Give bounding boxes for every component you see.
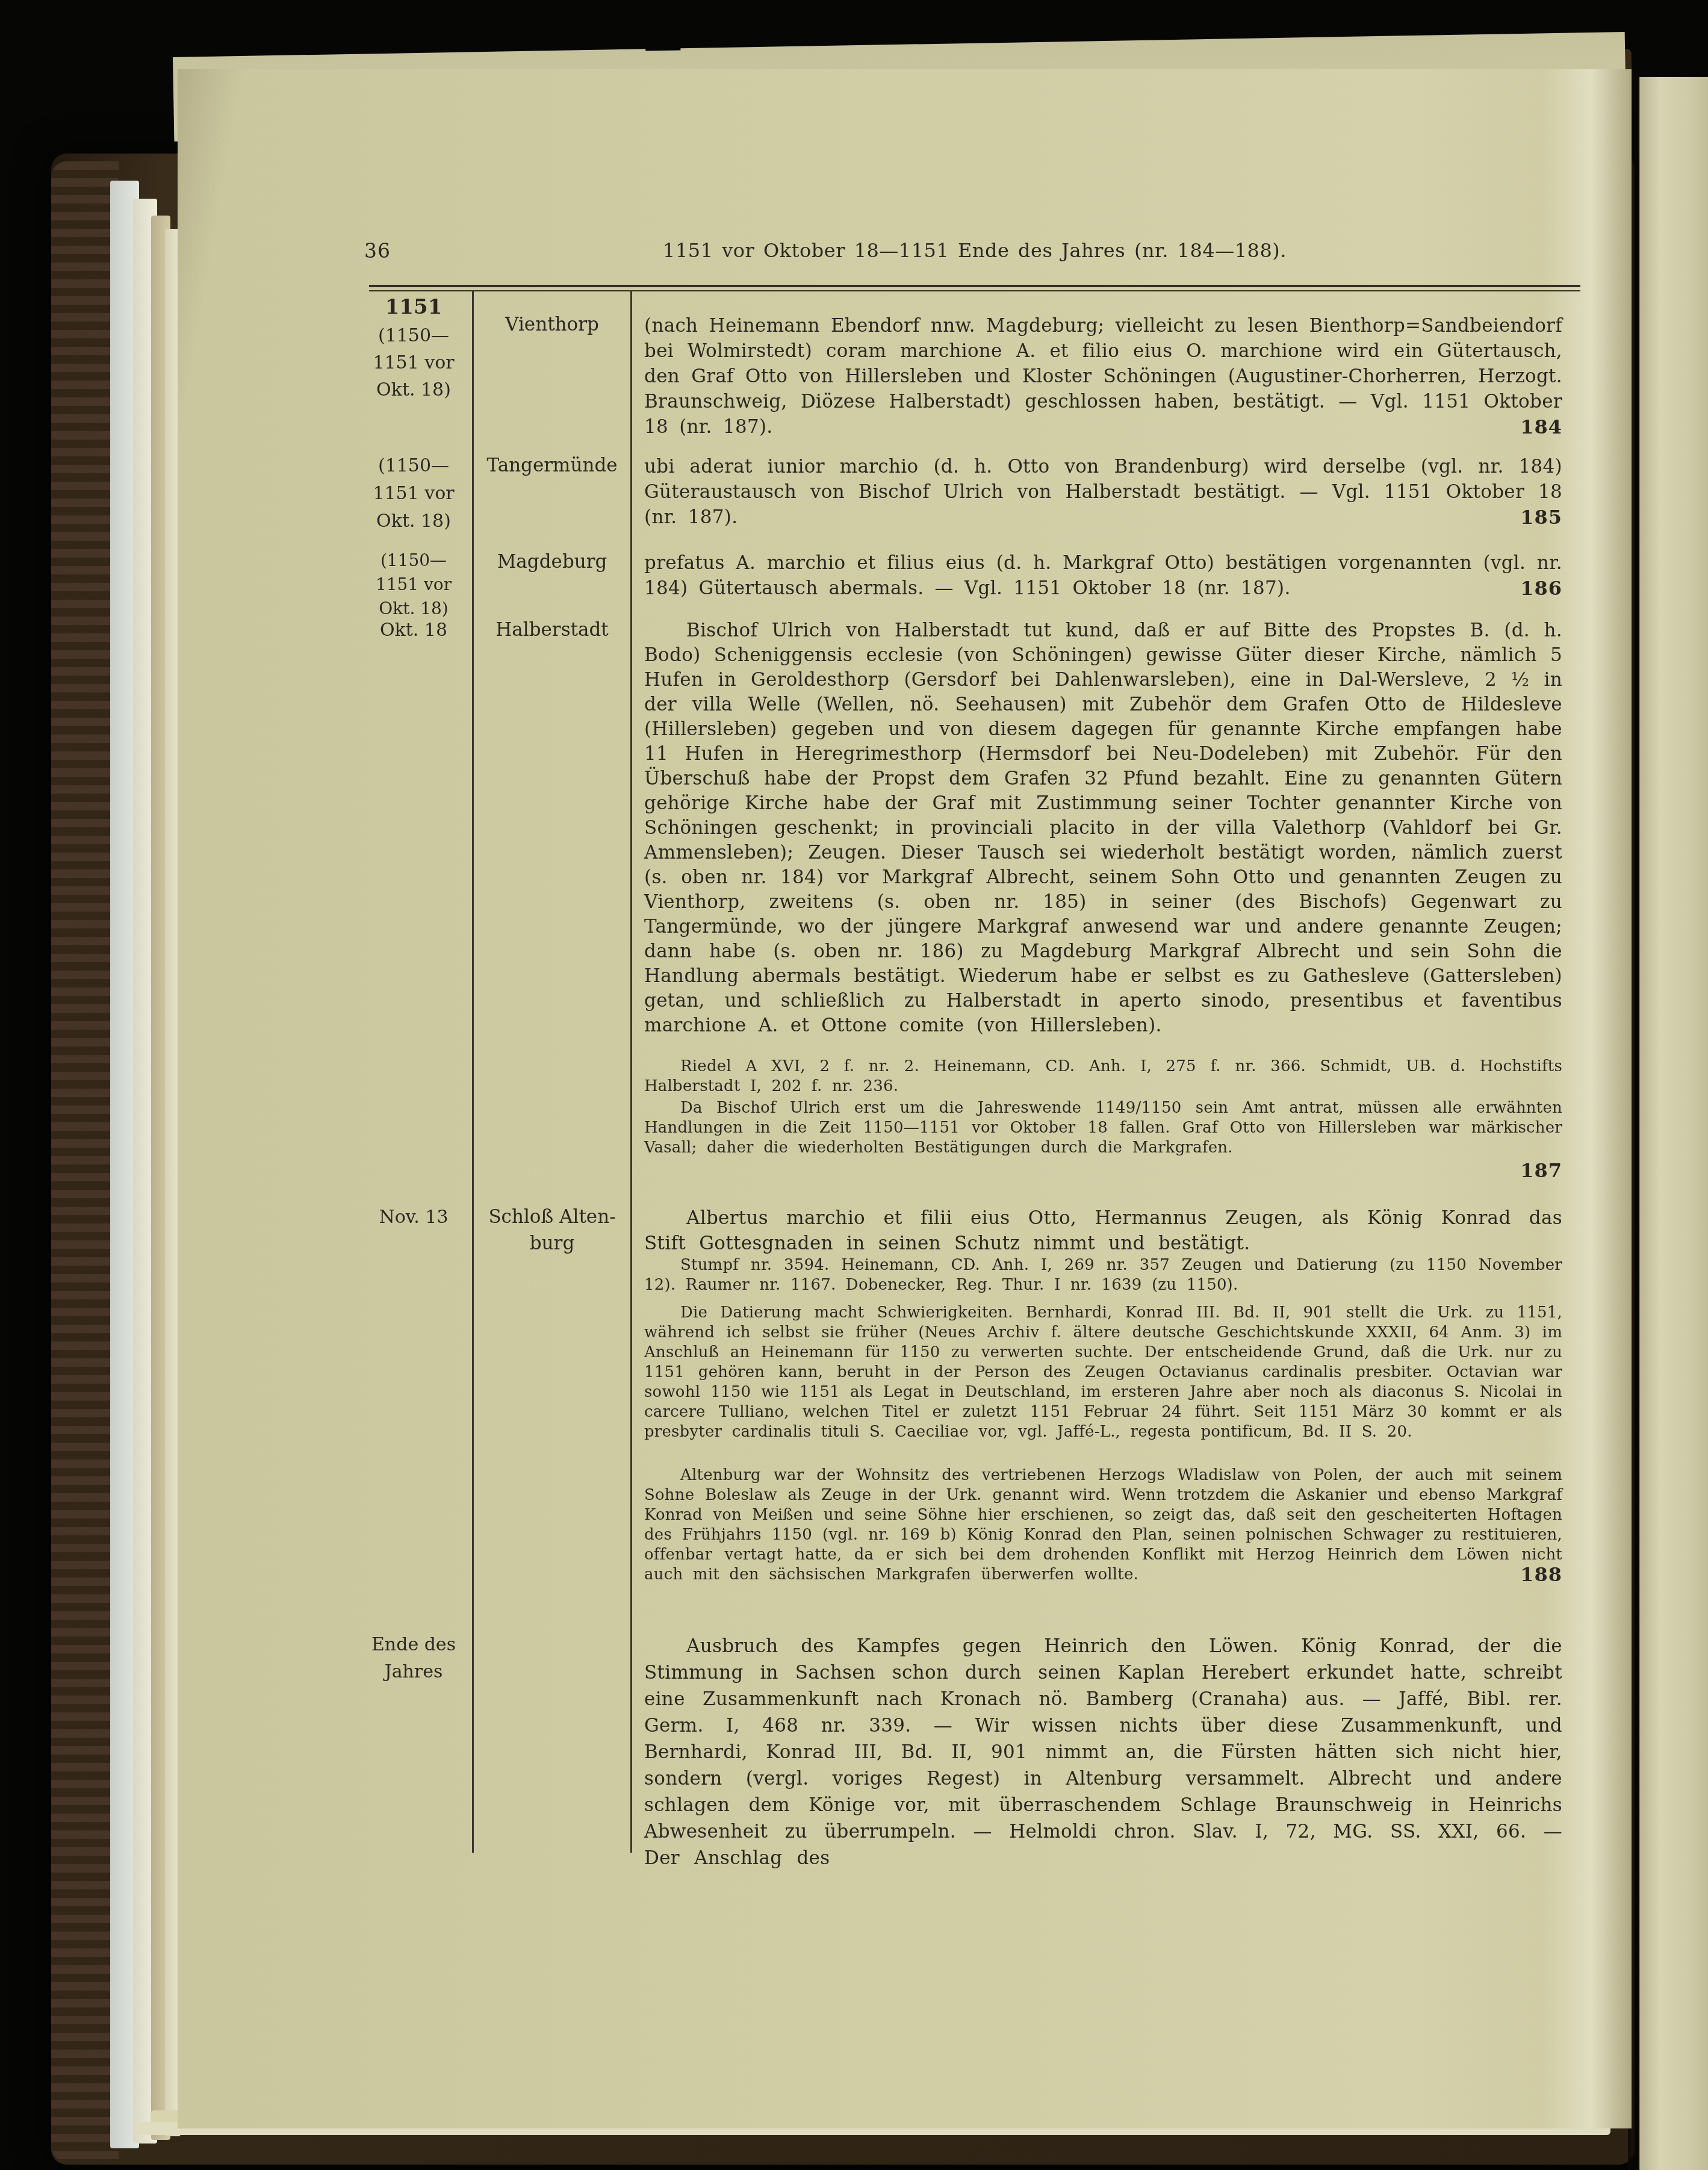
entry-188-text: Albertus marchio et filii eius Otto, Her… — [644, 1205, 1562, 1256]
date-line: (1150— — [361, 322, 467, 349]
place-name: Schloß Alten- — [477, 1204, 627, 1230]
place-name: Tangermünde — [477, 452, 627, 479]
entry-186-place: Magdeburg — [477, 549, 627, 575]
regest-text: Bischof Ulrich von Halberstadt tut kund,… — [644, 620, 1562, 1036]
entry-184-year: 1151 — [361, 292, 467, 322]
date-line: 1151 vor — [361, 480, 467, 508]
table-rule-top-b — [369, 290, 1580, 291]
editorial-note: Da Bischof Ulrich erst um die Jahreswend… — [644, 1099, 1562, 1157]
entry-ende-date: Ende des Jahres — [361, 1631, 467, 1685]
date-line: Nov. 13 — [361, 1204, 467, 1231]
book-scan: 36 1151 vor Oktober 18—1151 Ende des Jah… — [0, 0, 1708, 2170]
date-line: (1150— — [361, 452, 467, 480]
entry-184-text: (nach Heinemann Ebendorf nnw. Magdeburg;… — [644, 313, 1562, 440]
table-rule-top-a — [369, 285, 1580, 287]
source-citation: Stumpf nr. 3594. Heinemann, CD. Anh. I, … — [644, 1256, 1562, 1294]
place-name: burg — [477, 1230, 627, 1257]
entry-188-sources: Stumpf nr. 3594. Heinemann, CD. Anh. I, … — [644, 1255, 1562, 1295]
entry-187-sources: Riedel A XVI, 2 f. nr. 2. Heinemann, CD.… — [644, 1057, 1562, 1096]
entry-186-date: (1150— 1151 vor Okt. 18) — [361, 549, 467, 621]
entry-184-place: Vienthorp — [477, 311, 627, 338]
entry-187-number: 187 — [644, 1158, 1562, 1183]
entry-186-text: prefatus A. marchio et filius eius (d. h… — [644, 550, 1562, 601]
running-header: 1151 vor Oktober 18—1151 Ende des Jahres… — [369, 239, 1580, 262]
regest-text: Albertus marchio et filii eius Otto, Her… — [644, 1207, 1562, 1254]
regest-text: Ausbruch des Kampfes gegen Heinrich den … — [644, 1635, 1562, 1869]
entry-185-place: Tangermünde — [477, 452, 627, 479]
next-page-edge — [1639, 77, 1708, 2170]
book-spine — [51, 161, 119, 2162]
back-page-notch — [645, 20, 681, 51]
place-name: Vienthorp — [477, 311, 627, 338]
table-rule-vertical-1 — [472, 290, 474, 1853]
entry-184-number: 184 — [644, 414, 1562, 440]
editorial-note: Die Datierung macht Schwierigkeiten. Ber… — [644, 1304, 1562, 1441]
date-line: Ende des — [361, 1631, 467, 1658]
date-line: Jahres — [361, 1658, 467, 1685]
entry-185-text: ubi aderat iunior marchio (d. h. Otto vo… — [644, 454, 1562, 530]
entry-188-note-altenburg: Altenburg war der Wohnsitz des vertriebe… — [644, 1466, 1562, 1585]
source-citation: Riedel A XVI, 2 f. nr. 2. Heinemann, CD.… — [644, 1057, 1562, 1095]
date-line: 1151 vor — [361, 573, 467, 597]
entry-185-date: (1150— 1151 vor Okt. 18) — [361, 452, 467, 535]
place-name: Magdeburg — [477, 549, 627, 575]
date-line: Okt. 18 — [361, 617, 467, 644]
place-name: Halberstadt — [477, 617, 627, 643]
date-line: (1150— — [361, 549, 467, 573]
entry-187-date: Okt. 18 — [361, 617, 467, 644]
entry-187-note: Da Bischof Ulrich erst um die Jahreswend… — [644, 1098, 1562, 1158]
book-page: 36 1151 vor Oktober 18—1151 Ende des Jah… — [178, 69, 1632, 2128]
table-rule-vertical-2 — [630, 290, 632, 1853]
entry-188-note-dating: Die Datierung macht Schwierigkeiten. Ber… — [644, 1303, 1562, 1442]
entry-187-place: Halberstadt — [477, 617, 627, 643]
entry-188-place: Schloß Alten- burg — [477, 1204, 627, 1257]
date-line: Okt. 18) — [361, 376, 467, 403]
date-line: Okt. 18) — [361, 508, 467, 535]
entry-188-date: Nov. 13 — [361, 1204, 467, 1231]
date-line: 1151 vor — [361, 349, 467, 376]
entry-184-date: 1151 (1150— 1151 vor Okt. 18) — [361, 292, 467, 403]
entry-185-number: 185 — [644, 505, 1562, 530]
entry-ende-text: Ausbruch des Kampfes gegen Heinrich den … — [644, 1633, 1562, 1871]
entry-187-text: Bischof Ulrich von Halberstadt tut kund,… — [644, 618, 1562, 1038]
